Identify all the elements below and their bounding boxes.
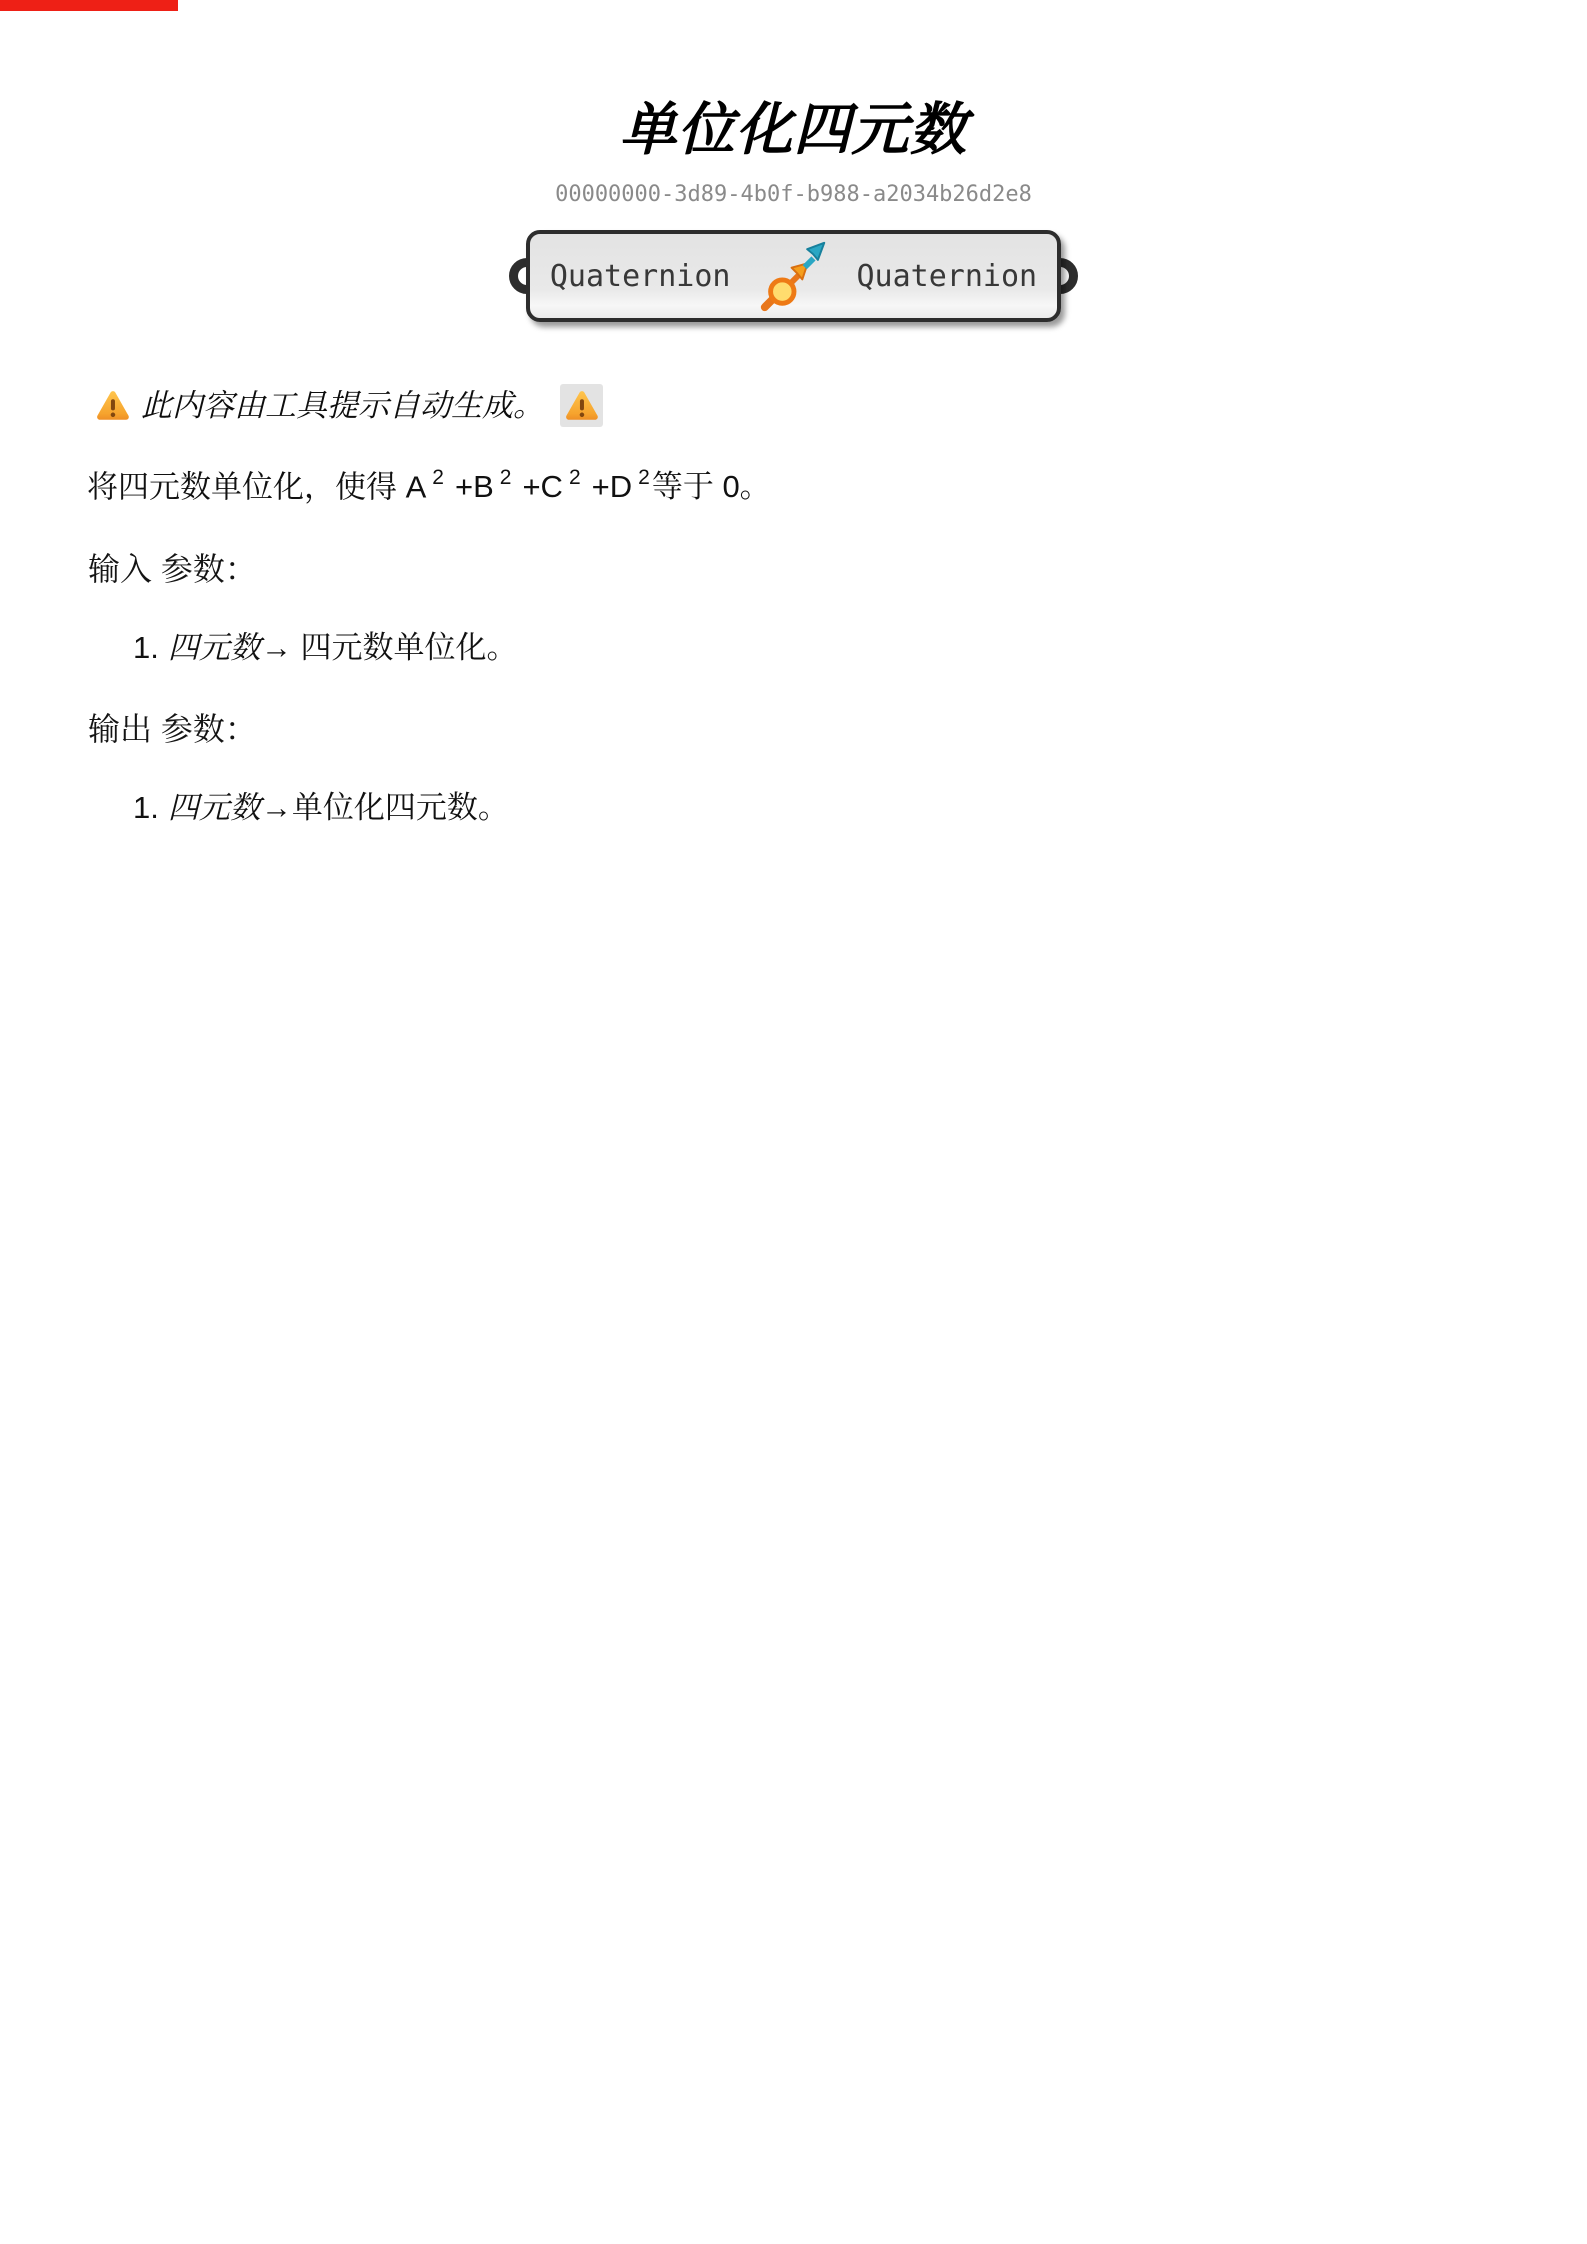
unitize-quaternion-icon: [757, 237, 831, 315]
formula-term: +C: [522, 469, 563, 504]
formula-tail: 等于 0。: [652, 469, 771, 504]
param-description: → 四元数单位化。: [261, 630, 518, 665]
outputs-heading: 输出 参数：: [88, 708, 1587, 750]
superscript: 2: [500, 466, 512, 489]
formula-term: +B: [455, 469, 494, 504]
item-number: 1.: [133, 790, 159, 825]
description-paragraph: 将四元数单位化，使得 A2+B2+C2+D2等于 0。: [87, 457, 1587, 510]
list-item: 1.四元数→单位化四元数。: [133, 786, 1587, 830]
formula-lead: 将四元数单位化，使得 A: [87, 469, 426, 504]
param-name: 四元数: [168, 630, 261, 665]
param-name: 四元数: [168, 790, 261, 825]
component-body: Quaternion Quaternion: [526, 230, 1061, 322]
item-number: 1.: [133, 630, 159, 665]
documentation-page: { "colors": { "progress_bar": "#ee2016",…: [0, 0, 1587, 2244]
component-input-label: Quaternion: [550, 259, 731, 294]
warning-icon: [565, 390, 598, 421]
notice-text: 此内容由工具提示自动生成。: [141, 385, 544, 427]
formula-term: +D: [592, 469, 633, 504]
output-param-list: 1.四元数→单位化四元数。: [133, 786, 1587, 830]
warning-icon: [96, 390, 129, 421]
superscript: 2: [569, 466, 581, 489]
component-diagram: Quaternion Quaternion: [0, 230, 1587, 322]
param-description: →单位化四元数。: [261, 790, 509, 825]
page-load-progress-bar: [0, 0, 178, 11]
input-param-list: 1.四元数→ 四元数单位化。: [133, 626, 1587, 670]
list-item: 1.四元数→ 四元数单位化。: [133, 626, 1587, 670]
superscript: 2: [432, 466, 444, 489]
grasshopper-component: Quaternion Quaternion: [526, 230, 1061, 322]
warning-image-placeholder: [560, 384, 603, 427]
component-guid: 00000000-3d89-4b0f-b988-a2034b26d2e8: [0, 180, 1587, 210]
superscript: 2: [638, 466, 650, 489]
inputs-heading: 输入 参数：: [88, 548, 1587, 590]
page-title: 单位化四元数: [0, 96, 1587, 164]
component-output-label: Quaternion: [857, 259, 1038, 294]
auto-generated-notice: 此内容由工具提示自动生成。: [96, 384, 1587, 427]
